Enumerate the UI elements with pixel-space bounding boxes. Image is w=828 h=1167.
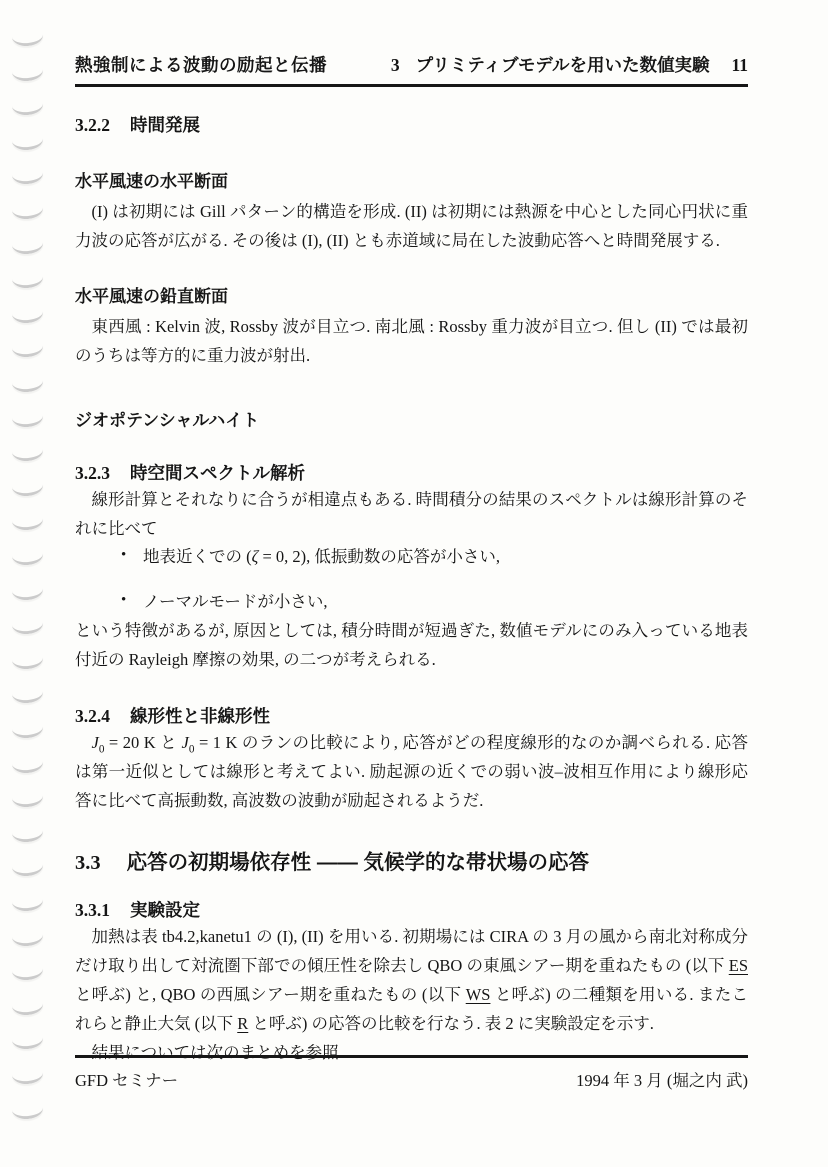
list-item-text: 地表近くでの (ζ = 0, 2), 低振動数の応答が小さい, [143,543,500,571]
paragraph-heading-horizontal-section: 水平風速の水平断面 [75,167,748,192]
running-title: 熱強制による波動の励起と伝播 [75,52,327,77]
list-item-text: ノーマルモードが小さい, [143,588,327,616]
footer-text-row: GFD セミナー 1994 年 3 月 (堀之内 武) [75,1067,748,1091]
paragraph-spectral: 線形計算とそれなりに合うが相違点もある. 時間積分の結果のスペクトルは線形計算の… [75,485,748,543]
bullet-icon: • [121,588,143,616]
page-footer: GFD セミナー 1994 年 3 月 (堀之内 武) [75,1055,748,1091]
chapter-title: プリミティブモデルを用いた数値実験 [416,52,710,77]
page-number: 11 [731,55,748,76]
paragraph-horizontal-section: (I) は初期には Gill パターン的構造を形成. (II) は初期には熱源を… [75,197,748,255]
footer-left-seminar: GFD セミナー [75,1067,178,1091]
heading-title: 応答の初期場依存性 —— 気候学的な帯状場の応答 [127,845,589,875]
heading-3-2-4: 3.2.4 線形性と非線形性 [75,703,748,728]
paragraph-experiment-setup: 加熱は表 tb4.2,kanetu1 の (I), (II) を用いる. 初期場… [75,922,748,1038]
heading-3-3-1: 3.3.1 実験設定 [75,897,748,922]
page-header: 熱強制による波動の励起と伝播 3 プリミティブモデルを用いた数値実験 11 [75,52,748,77]
heading-number: 3.2.3 [75,463,110,484]
chapter-number: 3 [391,55,400,76]
paragraph-heading-vertical-section: 水平風速の鉛直断面 [75,282,748,307]
heading-number: 3.2.4 [75,706,110,727]
page-content: 熱強制による波動の励起と伝播 3 プリミティブモデルを用いた数値実験 11 3.… [0,0,828,1067]
heading-number: 3.3 [75,852,101,875]
heading-number: 3.2.2 [75,115,110,136]
heading-number: 3.3.1 [75,900,110,921]
heading-3-3: 3.3 応答の初期場依存性 —— 気候学的な帯状場の応答 [75,845,748,875]
scanned-document-page: 熱強制による波動の励起と伝播 3 プリミティブモデルを用いた数値実験 11 3.… [0,0,828,1167]
chapter-heading: 3 プリミティブモデルを用いた数値実験 [391,52,710,77]
binding-hole-icon [11,1097,44,1120]
paragraph-vertical-section: 東西風 : Kelvin 波, Rossby 波が目立つ. 南北風 : Ross… [75,312,748,370]
list-item: • 地表近くでの (ζ = 0, 2), 低振動数の応答が小さい, [121,543,748,571]
heading-3-2-3: 3.2.3 時空間スペクトル解析 [75,460,748,485]
heading-title: 線形性と非線形性 [130,703,270,728]
paragraph-cause: という特徴があるが, 原因としては, 積分時間が短過ぎた, 数値モデルにのみ入っ… [75,616,748,674]
list-item: • ノーマルモードが小さい, [121,588,748,616]
bullet-list: • 地表近くでの (ζ = 0, 2), 低振動数の応答が小さい, • ノーマル… [75,543,748,616]
heading-title: 時空間スペクトル解析 [130,460,305,485]
bullet-icon: • [121,543,143,571]
footer-rule [75,1055,748,1058]
heading-title: 時間発展 [130,112,200,137]
header-rule [75,84,748,87]
paragraph-linearity: J0 = 20 K と J0 = 1 K のランの比較により, 応答がどの程度線… [75,728,748,815]
paragraph-heading-geopotential: ジオポテンシャルハイト [75,406,748,431]
heading-title: 実験設定 [130,897,200,922]
heading-3-2-2: 3.2.2 時間発展 [75,112,748,137]
footer-right-date-author: 1994 年 3 月 (堀之内 武) [576,1067,748,1091]
